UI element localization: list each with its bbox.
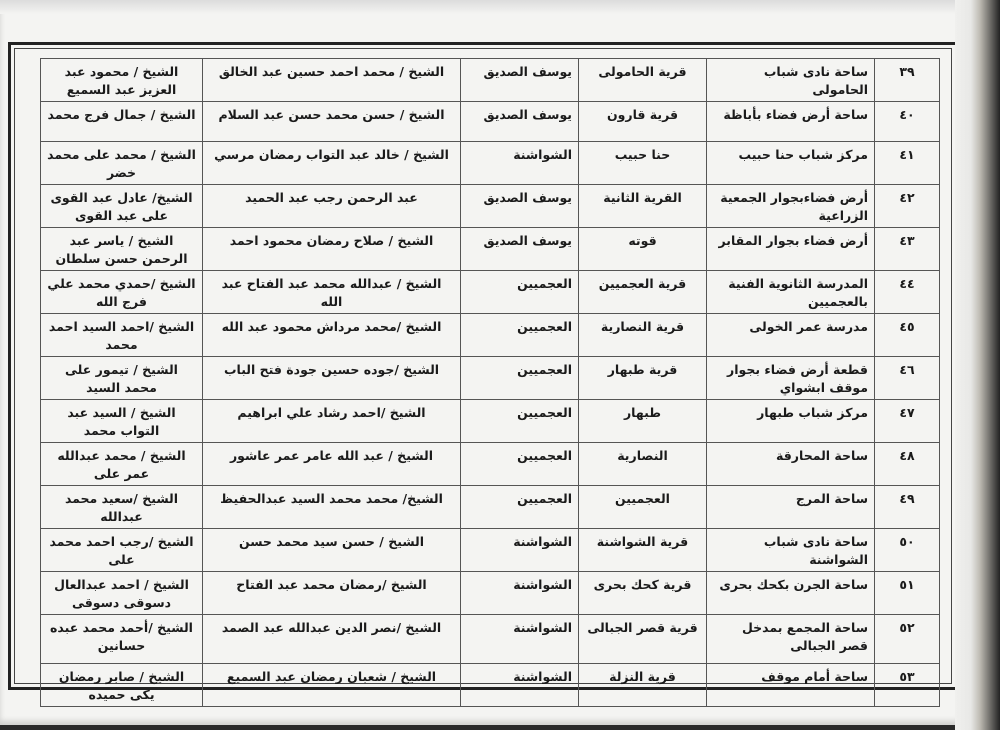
imam-cell: الشيخ / محمد احمد حسين عبد الخالق <box>203 59 461 102</box>
row-number: ٤١ <box>875 142 940 185</box>
imam-cell: الشيخ /رمضان محمد عبد الفتاح <box>203 572 461 615</box>
khateeb-cell: الشيخ / ياسر عبد الرحمن حسن سلطان <box>41 228 203 271</box>
table-row: ٤٨ ساحة المحارقة النصارية العجميين الشيخ… <box>41 443 940 486</box>
location-cell: ساحة أمام موقف <box>707 664 875 707</box>
village-cell: قرية قارون <box>579 102 707 142</box>
table-row: ٥٠ ساحة نادى شباب الشواشنة قرية الشواشنة… <box>41 529 940 572</box>
assignment-table: ٣٩ ساحة نادى شباب الحامولى قرية الحامولى… <box>40 58 940 707</box>
area-cell: العجميين <box>461 357 579 400</box>
village-cell: قوته <box>579 228 707 271</box>
area-cell: يوسف الصديق <box>461 228 579 271</box>
area-cell: العجميين <box>461 271 579 314</box>
area-cell: العجميين <box>461 314 579 357</box>
location-cell: ساحة الجرن بكحك بحرى <box>707 572 875 615</box>
imam-cell: الشيخ /جوده حسين جودة فتح الباب <box>203 357 461 400</box>
table-row: ٣٩ ساحة نادى شباب الحامولى قرية الحامولى… <box>41 59 940 102</box>
khateeb-cell: الشيخ / صابر رمضان يكى حميده <box>41 664 203 707</box>
village-cell: قرية كحك بحرى <box>579 572 707 615</box>
row-number: ٤٠ <box>875 102 940 142</box>
area-cell: الشواشنة <box>461 529 579 572</box>
row-number: ٤٥ <box>875 314 940 357</box>
village-cell: حنا حبيب <box>579 142 707 185</box>
row-number: ٥١ <box>875 572 940 615</box>
khateeb-cell: الشيخ /أحمد محمد عبده حسانين <box>41 615 203 664</box>
village-cell: قرية الشواشنة <box>579 529 707 572</box>
row-number: ٥٣ <box>875 664 940 707</box>
village-cell: قرية طبهار <box>579 357 707 400</box>
khateeb-cell: الشيخ /سعيد محمد عبدالله <box>41 486 203 529</box>
page-top-shadow <box>0 0 960 14</box>
area-cell: الشواشنة <box>461 615 579 664</box>
location-cell: مدرسة عمر الخولى <box>707 314 875 357</box>
location-cell: مركز شباب حنا حبيب <box>707 142 875 185</box>
table-row: ٤٥ مدرسة عمر الخولى قرية النصارية العجمي… <box>41 314 940 357</box>
location-cell: ساحة المرج <box>707 486 875 529</box>
khateeb-cell: الشيخ /رجب احمد محمد على <box>41 529 203 572</box>
imam-cell: الشيخ / شعبان رمضان عبد السميع <box>203 664 461 707</box>
village-cell: القرية الثانية <box>579 185 707 228</box>
area-cell: يوسف الصديق <box>461 59 579 102</box>
imam-cell: الشيخ / حسن محمد حسن عبد السلام <box>203 102 461 142</box>
location-cell: ساحة نادى شباب الحامولى <box>707 59 875 102</box>
location-cell: ساحة المحارقة <box>707 443 875 486</box>
row-number: ٤٧ <box>875 400 940 443</box>
imam-cell: الشيخ /محمد مرداش محمود عبد الله <box>203 314 461 357</box>
row-number: ٤٦ <box>875 357 940 400</box>
village-cell: قرية النزلة <box>579 664 707 707</box>
table-row: ٤١ مركز شباب حنا حبيب حنا حبيب الشواشنة … <box>41 142 940 185</box>
village-cell: النصارية <box>579 443 707 486</box>
area-cell: العجميين <box>461 486 579 529</box>
village-cell: العجميين <box>579 486 707 529</box>
table-row: ٤٦ قطعة أرض فضاء بجوار موقف ابشواي قرية … <box>41 357 940 400</box>
row-number: ٤٩ <box>875 486 940 529</box>
imam-cell: الشيخ /نصر الدين عبدالله عبد الصمد <box>203 615 461 664</box>
khateeb-cell: الشيخ / احمد عبدالعال دسوقى دسوقى <box>41 572 203 615</box>
location-cell: مركز شباب طبهار <box>707 400 875 443</box>
table-row: ٤٧ مركز شباب طبهار طبهار العجميين الشيخ … <box>41 400 940 443</box>
page-edge-shadow <box>955 0 1000 730</box>
imam-cell: الشيخ / صلاح رمضان محمود احمد <box>203 228 461 271</box>
row-number: ٤٤ <box>875 271 940 314</box>
khateeb-cell: الشيخ / محمد على محمد خضر <box>41 142 203 185</box>
row-number: ٥٢ <box>875 615 940 664</box>
khateeb-cell: الشيخ / محمد عبدالله عمر على <box>41 443 203 486</box>
row-number: ٥٠ <box>875 529 940 572</box>
table-row: ٥٣ ساحة أمام موقف قرية النزلة الشواشنة ا… <box>41 664 940 707</box>
khateeb-cell: الشيخ / تيمور على محمد السيد <box>41 357 203 400</box>
khateeb-cell: الشيخ/ عادل عبد القوى على عبد القوى <box>41 185 203 228</box>
khateeb-cell: الشيخ / محمود عبد العزيز عبد السميع <box>41 59 203 102</box>
imam-cell: الشيخ / عبد الله عامر عمر عاشور <box>203 443 461 486</box>
table-row: ٥٢ ساحة المجمع بمدخل قصر الجبالى قرية قص… <box>41 615 940 664</box>
imam-cell: الشيخ / خالد عبد التواب رمضان مرسي <box>203 142 461 185</box>
row-number: ٤٣ <box>875 228 940 271</box>
location-cell: أرض فضاء بجوار المقابر <box>707 228 875 271</box>
imam-cell: الشيخ /احمد رشاد علي ابراهيم <box>203 400 461 443</box>
table-row: ٤٣ أرض فضاء بجوار المقابر قوته يوسف الصد… <box>41 228 940 271</box>
scanned-page: ٣٩ ساحة نادى شباب الحامولى قرية الحامولى… <box>0 0 960 725</box>
village-cell: قرية النصارية <box>579 314 707 357</box>
imam-cell: الشيخ / حسن سيد محمد حسن <box>203 529 461 572</box>
area-cell: الشواشنة <box>461 572 579 615</box>
location-cell: ساحة المجمع بمدخل قصر الجبالى <box>707 615 875 664</box>
imam-cell: الشيخ/ محمد محمد السيد عبدالحفيظ <box>203 486 461 529</box>
row-number: ٤٨ <box>875 443 940 486</box>
table-row: ٤٩ ساحة المرج العجميين العجميين الشيخ/ م… <box>41 486 940 529</box>
area-cell: الشواشنة <box>461 142 579 185</box>
table-row: ٤٠ ساحة أرض فضاء بأباظة قرية قارون يوسف … <box>41 102 940 142</box>
area-cell: يوسف الصديق <box>461 185 579 228</box>
location-cell: ساحة أرض فضاء بأباظة <box>707 102 875 142</box>
khateeb-cell: الشيخ /حمدي محمد علي فرج الله <box>41 271 203 314</box>
table-row: ٤٢ أرض فضاءبجوار الجمعية الزراعية القرية… <box>41 185 940 228</box>
location-cell: ساحة نادى شباب الشواشنة <box>707 529 875 572</box>
area-cell: الشواشنة <box>461 664 579 707</box>
imam-cell: عبد الرحمن رجب عبد الحميد <box>203 185 461 228</box>
village-cell: قرية قصر الجبالى <box>579 615 707 664</box>
location-cell: المدرسة الثانوية الفنية بالعجميين <box>707 271 875 314</box>
table-row: ٤٤ المدرسة الثانوية الفنية بالعجميين قري… <box>41 271 940 314</box>
location-cell: قطعة أرض فضاء بجوار موقف ابشواي <box>707 357 875 400</box>
imam-cell: الشيخ / عبدالله محمد عبد الفتاح عبد الله <box>203 271 461 314</box>
khateeb-cell: الشيخ / السيد عبد التواب محمد <box>41 400 203 443</box>
village-cell: طبهار <box>579 400 707 443</box>
village-cell: قرية الحامولى <box>579 59 707 102</box>
row-number: ٣٩ <box>875 59 940 102</box>
khateeb-cell: الشيخ /احمد السيد احمد محمد <box>41 314 203 357</box>
table-row: ٥١ ساحة الجرن بكحك بحرى قرية كحك بحرى ال… <box>41 572 940 615</box>
area-cell: يوسف الصديق <box>461 102 579 142</box>
area-cell: العجميين <box>461 443 579 486</box>
village-cell: قرية العجميين <box>579 271 707 314</box>
location-cell: أرض فضاءبجوار الجمعية الزراعية <box>707 185 875 228</box>
area-cell: العجميين <box>461 400 579 443</box>
row-number: ٤٢ <box>875 185 940 228</box>
khateeb-cell: الشيخ / جمال فرج محمد <box>41 102 203 142</box>
